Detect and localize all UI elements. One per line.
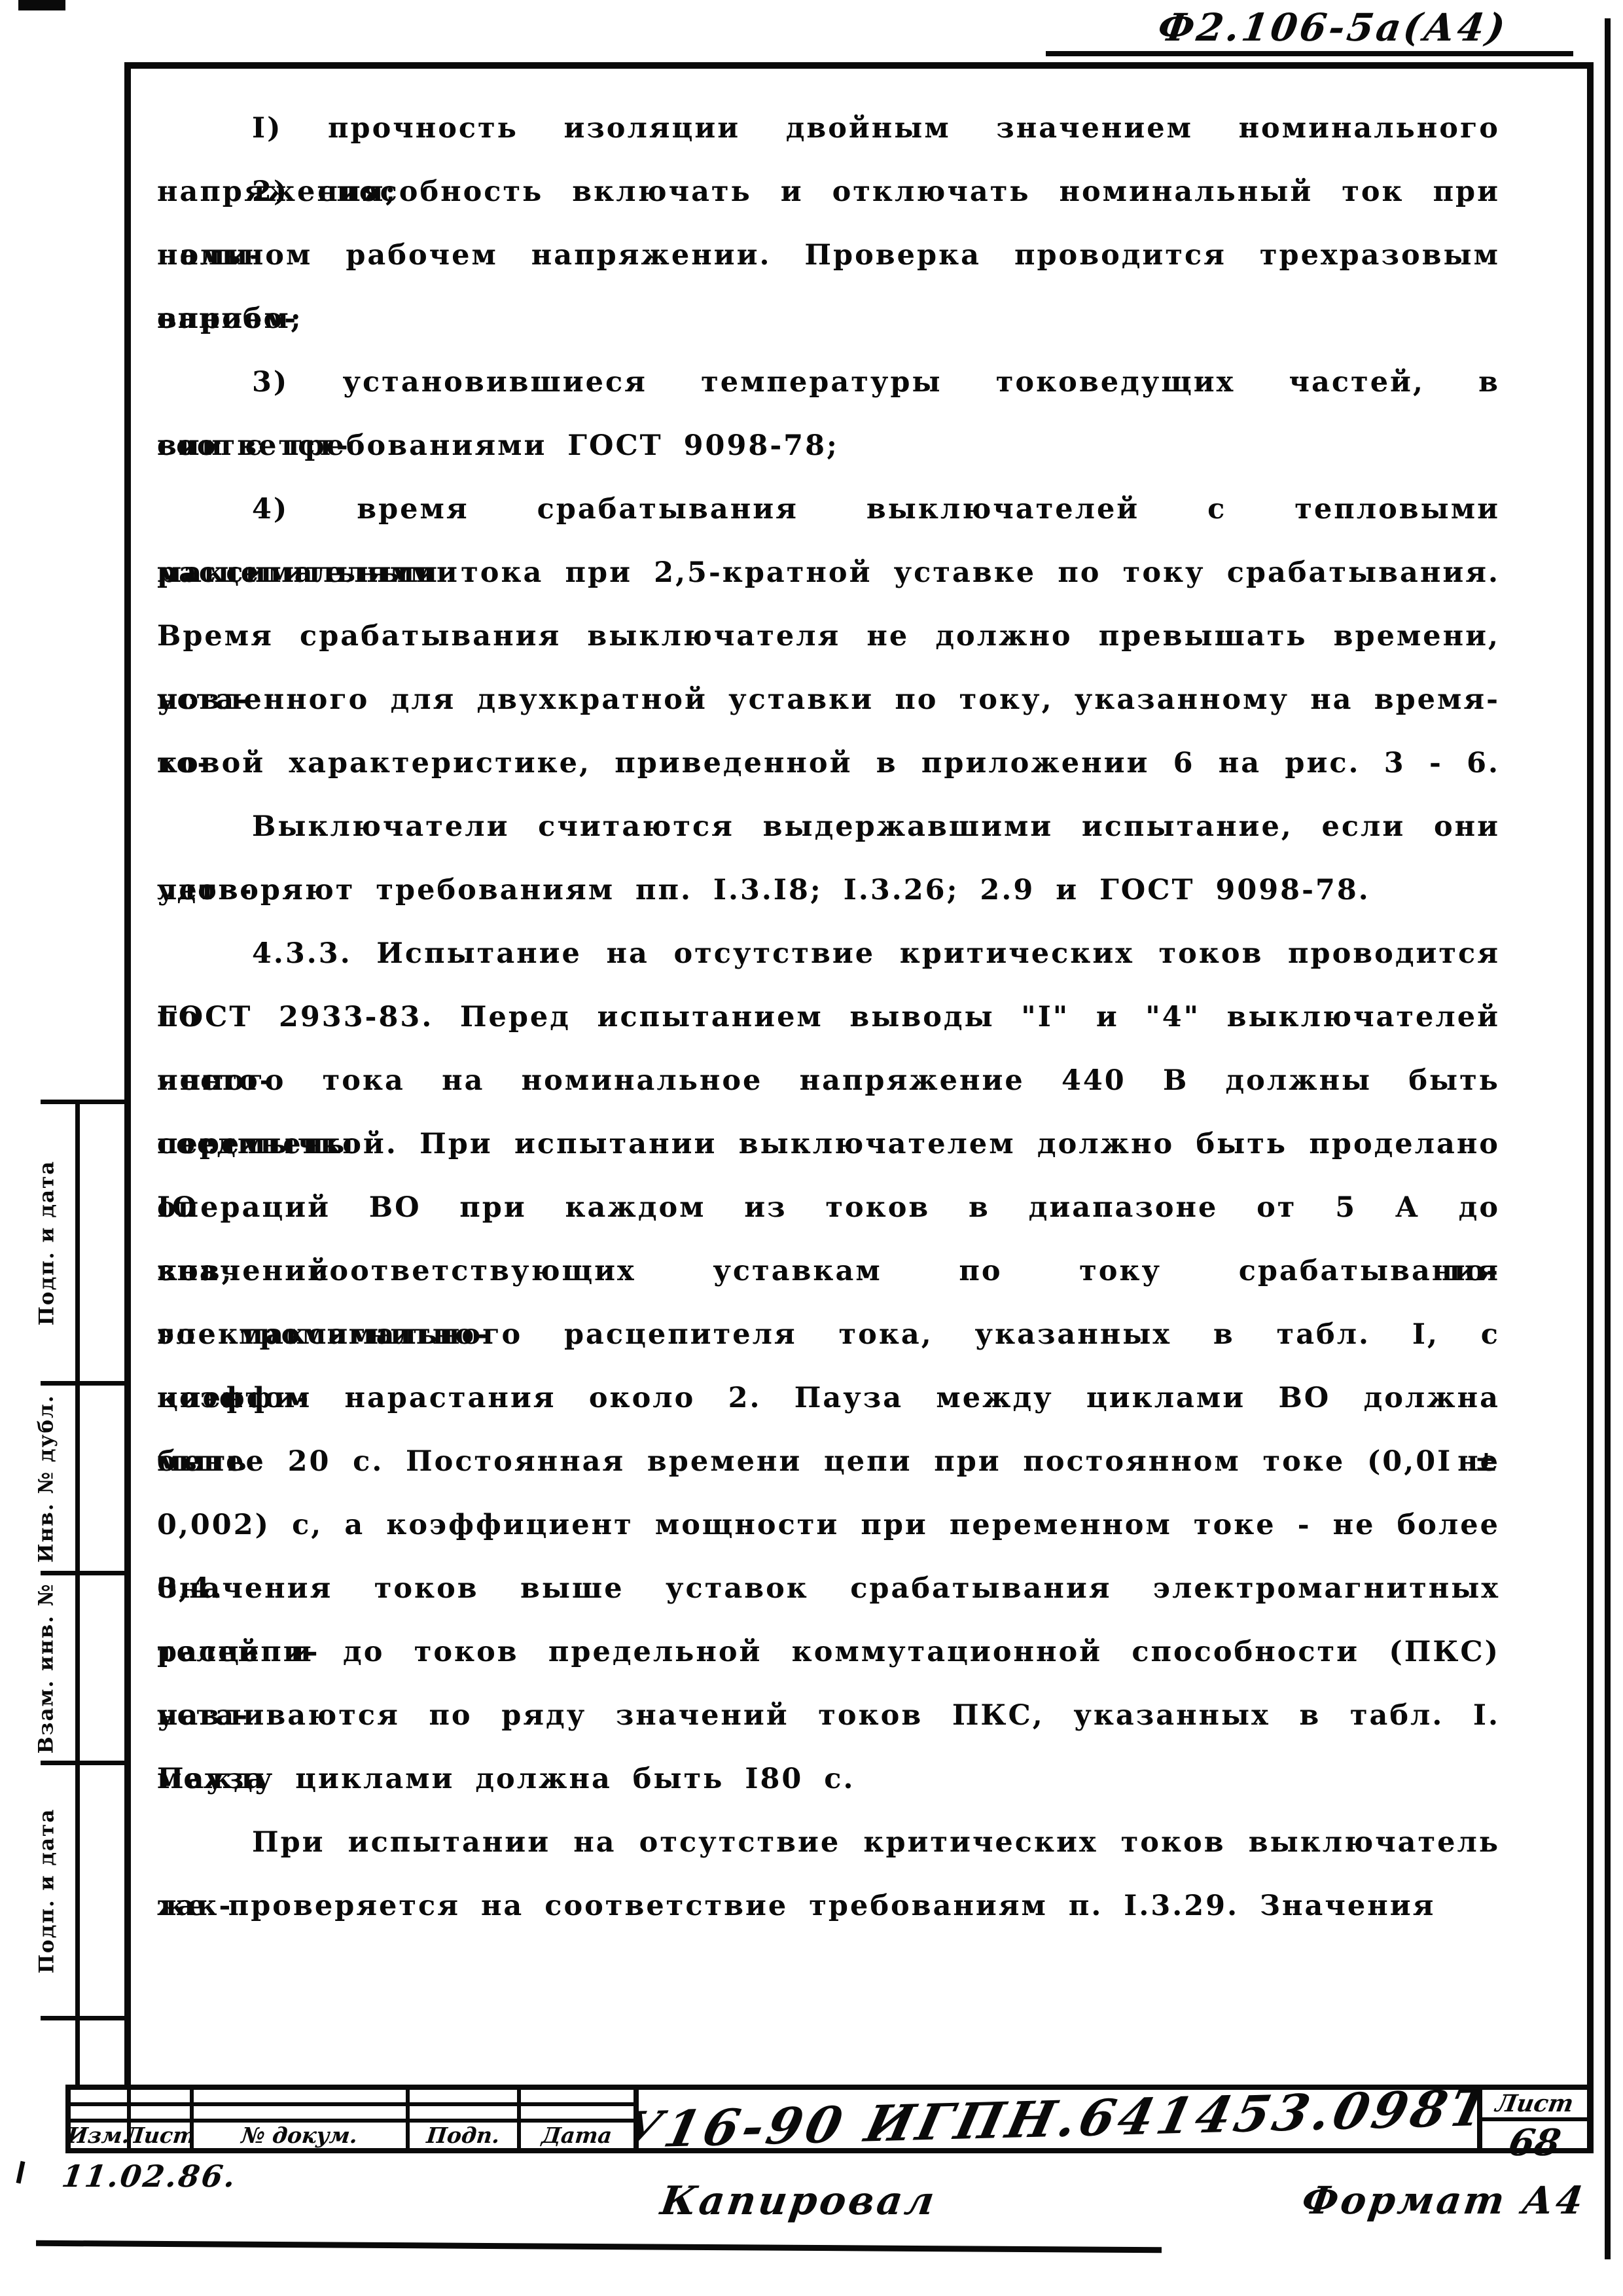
revision-row-empty (71, 2090, 633, 2106)
text-line: 0,002) с, а коэффициент мощности при пер… (157, 1494, 1500, 1557)
text-line: Значения токов выше уставок срабатывания… (157, 1557, 1500, 1621)
body-text: I) прочность изоляции двойным значением … (157, 97, 1500, 1938)
footer-rule-line (36, 2240, 1162, 2253)
text-line: ков, соответствующих уставкам по току ср… (157, 1240, 1500, 1303)
margin-stamp-inv-dubl: Инв. № дубл. (20, 1386, 73, 1571)
text-line: навливаются по ряду значений токов ПКС, … (157, 1684, 1500, 1748)
revision-header-row: Изм. Лист № докум. Подп. Дата (71, 2123, 633, 2148)
text-line: циентом нарастания около 2. Пауза между … (157, 1367, 1500, 1430)
footer-format: Формат А4 (1299, 2178, 1588, 2223)
sheet-number: 68 (1482, 2121, 1587, 2164)
scan-speck-top-left (18, 0, 65, 10)
text-line: При испытании на отсутствие критических … (157, 1811, 1500, 1874)
revision-table: Изм. Лист № докум. Подп. Дата (71, 2090, 639, 2148)
text-line: перемычкой. При испытании выключателем д… (157, 1113, 1500, 1176)
col-list: Лист (131, 2123, 194, 2148)
text-line: ковой характеристике, приведенной в прил… (157, 732, 1500, 795)
margin-stamp-vzam-inv: Взам. инв. № (20, 1575, 73, 1761)
text-line: летворяют требованиям пп. I.3.I8; I.3.26… (157, 859, 1500, 922)
text-line: вии с требованиями ГОСТ 9098-78; (157, 414, 1500, 478)
margin-stamp-podp-data: Подп. и дата (20, 1104, 73, 1381)
text-line: 4.3.3. Испытание на отсутствие критическ… (157, 922, 1500, 986)
text-line: янного тока на номинальное напряжение 44… (157, 1049, 1500, 1113)
text-line: менее 20 с. Постоянная времени цепи при … (157, 1430, 1500, 1494)
form-code-underline (1046, 51, 1573, 56)
text-line: 3) установившиеся температуры токоведущи… (157, 351, 1500, 414)
text-line: телей и до токов предельной коммутационн… (157, 1621, 1500, 1684)
stamp-column-line (75, 1100, 80, 2085)
text-line: операций ВО при каждом из токов в диапаз… (157, 1176, 1500, 1240)
scanned-document-page: { "header": { "form_code": "Ф2.106-5а(А4… (0, 0, 1623, 2296)
col-dokum: № докум. (194, 2123, 410, 2148)
text-line: нальном рабочем напряжении. Проверка про… (157, 224, 1500, 287)
col-izm: Изм. (71, 2123, 131, 2148)
col-podp: Подп. (410, 2123, 521, 2148)
stamp-divider (41, 2016, 126, 2020)
text-line: 2) способность включать и отключать номи… (157, 160, 1500, 224)
stamp-divider (41, 1761, 126, 1765)
text-line: I) прочность изоляции двойным значением … (157, 97, 1500, 160)
stamp-divider (41, 1100, 126, 1104)
margin-stamp-podp-data-2: Подп. и дата (20, 1765, 73, 2016)
stamp-divider (41, 1381, 126, 1386)
scan-edge-line-right (1605, 18, 1611, 2259)
document-number-cell: ТУ16-90 ИГПН.641453.098ТУ (639, 2090, 1477, 2148)
revision-row-empty (71, 2106, 633, 2123)
sheet-label: Лист (1482, 2090, 1587, 2121)
col-data: Дата (521, 2123, 633, 2148)
text-line: ванием; (157, 287, 1500, 351)
text-line: Выключатели считаются выдержавшими испыт… (157, 795, 1500, 859)
footer-copied: Капировал (658, 2178, 940, 2224)
form-code: Ф2.106-5а(А4) (1155, 5, 1510, 50)
text-line: же проверяется на соответствие требовани… (157, 1874, 1500, 1938)
footer-date: 11.02.86. (60, 2159, 240, 2194)
sheet-cell: Лист 68 (1477, 2090, 1587, 2148)
stray-mark (16, 2161, 26, 2184)
text-line: расцепителями тока при 2,5-кратной устав… (157, 541, 1500, 605)
text-line: между циклами должна быть I80 с. (157, 1748, 1500, 1811)
title-block: Изм. Лист № докум. Подп. Дата ТУ16-90 ИГ… (65, 2085, 1592, 2153)
text-line: го максимального расцепителя тока, указа… (157, 1303, 1500, 1367)
text-line: ГОСТ 2933-83. Перед испытанием выводы "I… (157, 986, 1500, 1049)
document-number: ТУ16-90 ИГПН.641453.098ТУ (639, 2090, 1477, 2148)
text-line: новленного для двухкратной уставки по то… (157, 668, 1500, 732)
text-line: 4) время срабатывания выключателей с теп… (157, 478, 1500, 541)
stamp-divider (41, 1571, 126, 1575)
text-line: Время срабатывания выключателя не должно… (157, 605, 1500, 668)
